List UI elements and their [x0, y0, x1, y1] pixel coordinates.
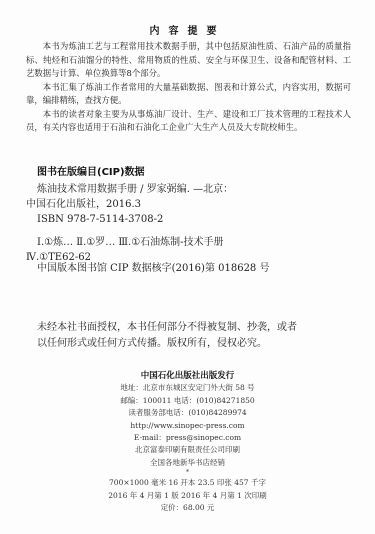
cip-record: 炼油技术常用数据手册 / 罗家弼编. —北京： 中国石化出版社，2016.3 I…	[26, 182, 356, 265]
copyright-notice-line-2: 以任何形式或任何方式传播。版权所有，侵权必究。	[37, 336, 297, 352]
publisher-postcode-phone: 邮编：100011 电话：(010)84271850	[0, 395, 375, 407]
cip-line-isbn: ISBN 978-7-5114-3708-2	[26, 212, 356, 227]
cip-line-classification: Ⅰ.①炼… Ⅱ.①罗… Ⅲ.①石油炼制-技术手册	[26, 235, 356, 250]
reader-service-phone: 读者服务部电话：(010)84289974	[0, 407, 375, 419]
publisher-address: 地址：北京市东城区安定门外大街 58 号	[0, 382, 375, 394]
abstract-title: 内容提要	[0, 22, 375, 37]
publisher-email: E-mail：press@sinopec.com	[0, 432, 375, 444]
publisher-name: 中国石化出版社出版发行	[0, 370, 375, 382]
abstract-body: 本书为炼油工艺与工程常用技术数据手册，其中包括原油性质、石油产品的质量指标、纯烃…	[26, 40, 351, 135]
copyright-notice-line-1: 未经本社书面授权，本书任何部分不得被复制、抄袭，或者	[37, 320, 297, 336]
abstract-paragraph-2: 本书汇集了炼油工作者常用的大量基础数据、图表和计算公式，内容实用，数据可靠，编排…	[26, 81, 351, 108]
abstract-paragraph-3: 本书的读者对象主要为从事炼油厂设计、生产、建设和工厂技术管理的工程技术人员，有关…	[26, 108, 351, 135]
cip-heading: 图书在版编目(CIP)数据	[37, 163, 145, 178]
printer-name: 北京富泰印刷有限责任公司印刷	[0, 444, 375, 456]
distributor: 全国各地新华书店经销	[0, 457, 375, 469]
abstract-paragraph-1: 本书为炼油工艺与工程常用技术数据手册，其中包括原油性质、石油产品的质量指标、纯烃…	[26, 40, 351, 81]
publisher-website: http://www.sinopec-press.com	[0, 420, 375, 432]
copyright-page: 内容提要 本书为炼油工艺与工程常用技术数据手册，其中包括原油性质、石油产品的质量…	[0, 0, 375, 534]
book-format: 700×1000 毫米 16 开本 23.5 印张 457 千字	[0, 477, 375, 489]
imprint-block: 中国石化出版社出版发行 地址：北京市东城区安定门外大街 58 号 邮编：1000…	[0, 370, 375, 514]
cip-line-publisher: 中国石化出版社，2016.3	[26, 197, 356, 212]
cip-line-title: 炼油技术常用数据手册 / 罗家弼编. —北京：	[26, 182, 356, 197]
separator-star: *	[0, 469, 375, 477]
price: 定价：68.00 元	[0, 502, 375, 514]
edition-info: 2016 年 4 月第 1 版 2016 年 4 月第 1 次印刷	[0, 490, 375, 502]
cip-data-number: 中国版本图书馆 CIP 数据核字(2016)第 018628 号	[37, 259, 269, 274]
copyright-notice: 未经本社书面授权，本书任何部分不得被复制、抄袭，或者 以任何形式或任何方式传播。…	[37, 320, 297, 352]
